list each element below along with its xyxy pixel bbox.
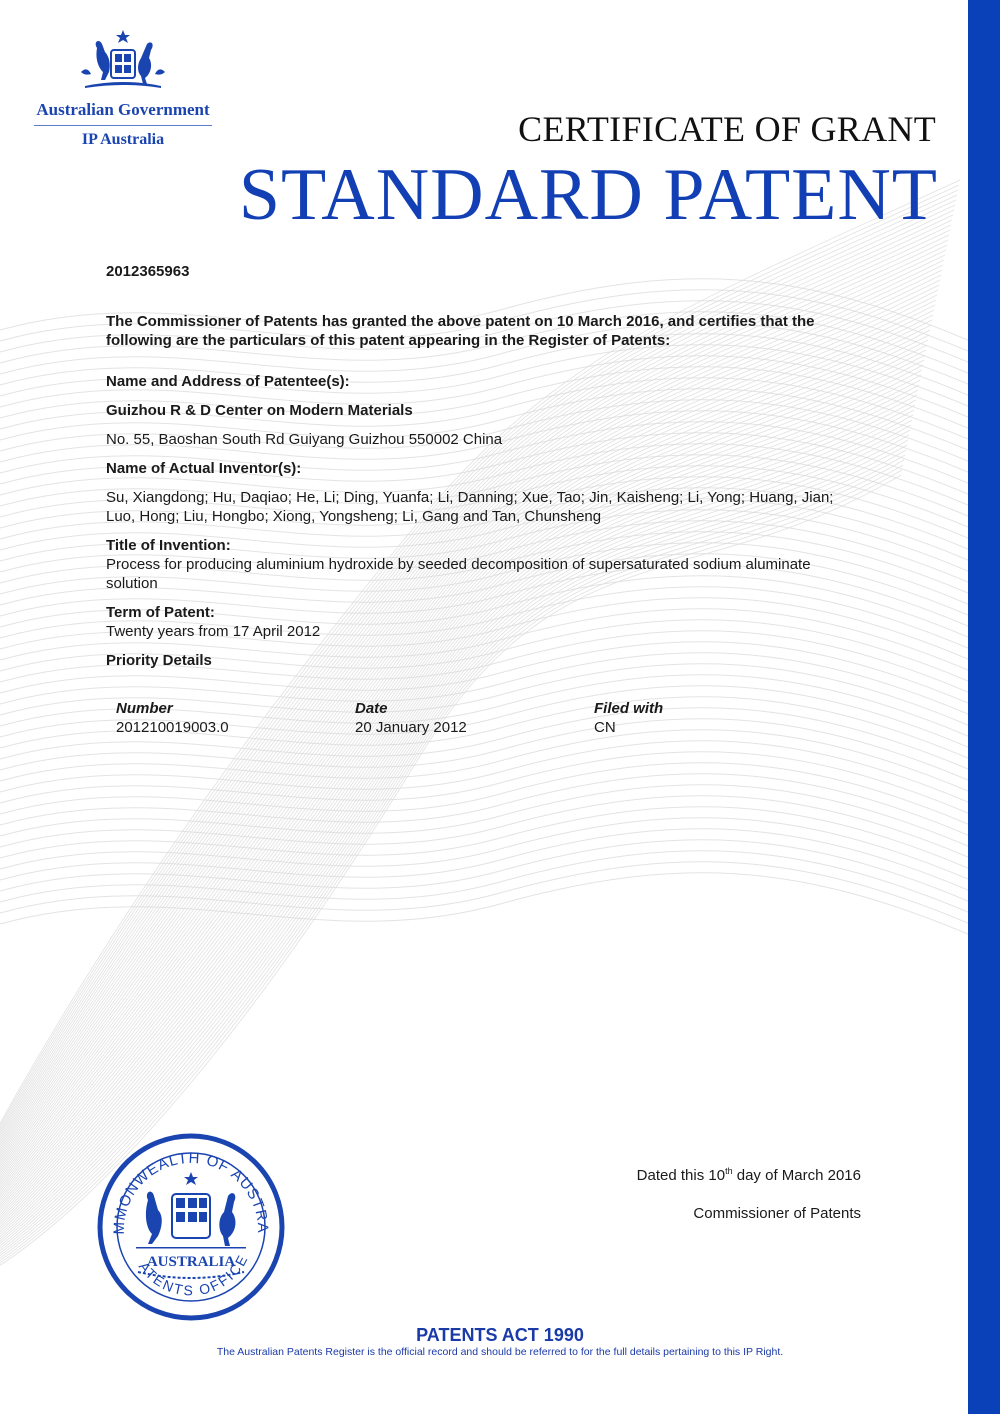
side-accent-bar	[968, 0, 1000, 1414]
priority-header-date: Date	[355, 699, 594, 718]
patent-number: 2012365963	[106, 262, 866, 281]
agency-name: IP Australia	[30, 131, 216, 149]
term-value: Twenty years from 17 April 2012	[106, 622, 866, 641]
term-label: Term of Patent:	[106, 603, 866, 622]
invention-title: Process for producing aluminium hydroxid…	[106, 555, 866, 593]
dated-line: Dated this 10th day of March 2016	[637, 1166, 861, 1184]
dated-prefix: Dated this 10	[637, 1167, 725, 1184]
register-note: The Australian Patents Register is the o…	[0, 1346, 1000, 1358]
priority-cell-date: 20 January 2012	[355, 718, 594, 737]
patentee-name: Guizhou R & D Center on Modern Materials	[106, 401, 866, 420]
logo-divider	[34, 125, 212, 126]
certificate-label: CERTIFICATE OF GRANT	[518, 108, 936, 150]
patents-act: PATENTS ACT 1990	[0, 1325, 1000, 1346]
svg-text:AUSTRALIA: AUSTRALIA	[147, 1254, 236, 1270]
signatory: Commissioner of Patents	[693, 1205, 861, 1222]
patentee-label: Name and Address of Patentee(s):	[106, 372, 866, 391]
patent-type-title: STANDARD PATENT	[239, 158, 938, 232]
invention-title-label: Title of Invention:	[106, 536, 866, 555]
grant-statement: The Commissioner of Patents has granted …	[106, 312, 866, 350]
inventors-list: Su, Xiangdong; Hu, Daqiao; He, Li; Ding,…	[106, 488, 866, 526]
inventors-label: Name of Actual Inventor(s):	[106, 459, 866, 478]
patents-office-seal-icon: COMMONWEALTH OF AUSTRALIA PATENTS OFFICE…	[96, 1132, 286, 1322]
dated-rest: day of March 2016	[733, 1167, 861, 1184]
priority-header-filed-with: Filed with	[594, 699, 794, 718]
dated-ordinal: th	[725, 1166, 733, 1176]
priority-header-number: Number	[116, 699, 355, 718]
priority-cell-filed-with: CN	[594, 718, 794, 737]
patent-particulars: 2012365963 The Commissioner of Patents h…	[106, 258, 866, 737]
coat-of-arms-icon	[75, 28, 171, 96]
priority-label: Priority Details	[106, 651, 866, 670]
priority-cell-number: 201210019003.0	[116, 718, 355, 737]
government-logo: Australian Government IP Australia	[30, 28, 216, 149]
patentee-address: No. 55, Baoshan South Rd Guiyang Guizhou…	[106, 430, 866, 449]
priority-table: Number Date Filed with 201210019003.0 20…	[106, 699, 866, 737]
government-name: Australian Government	[30, 100, 216, 120]
